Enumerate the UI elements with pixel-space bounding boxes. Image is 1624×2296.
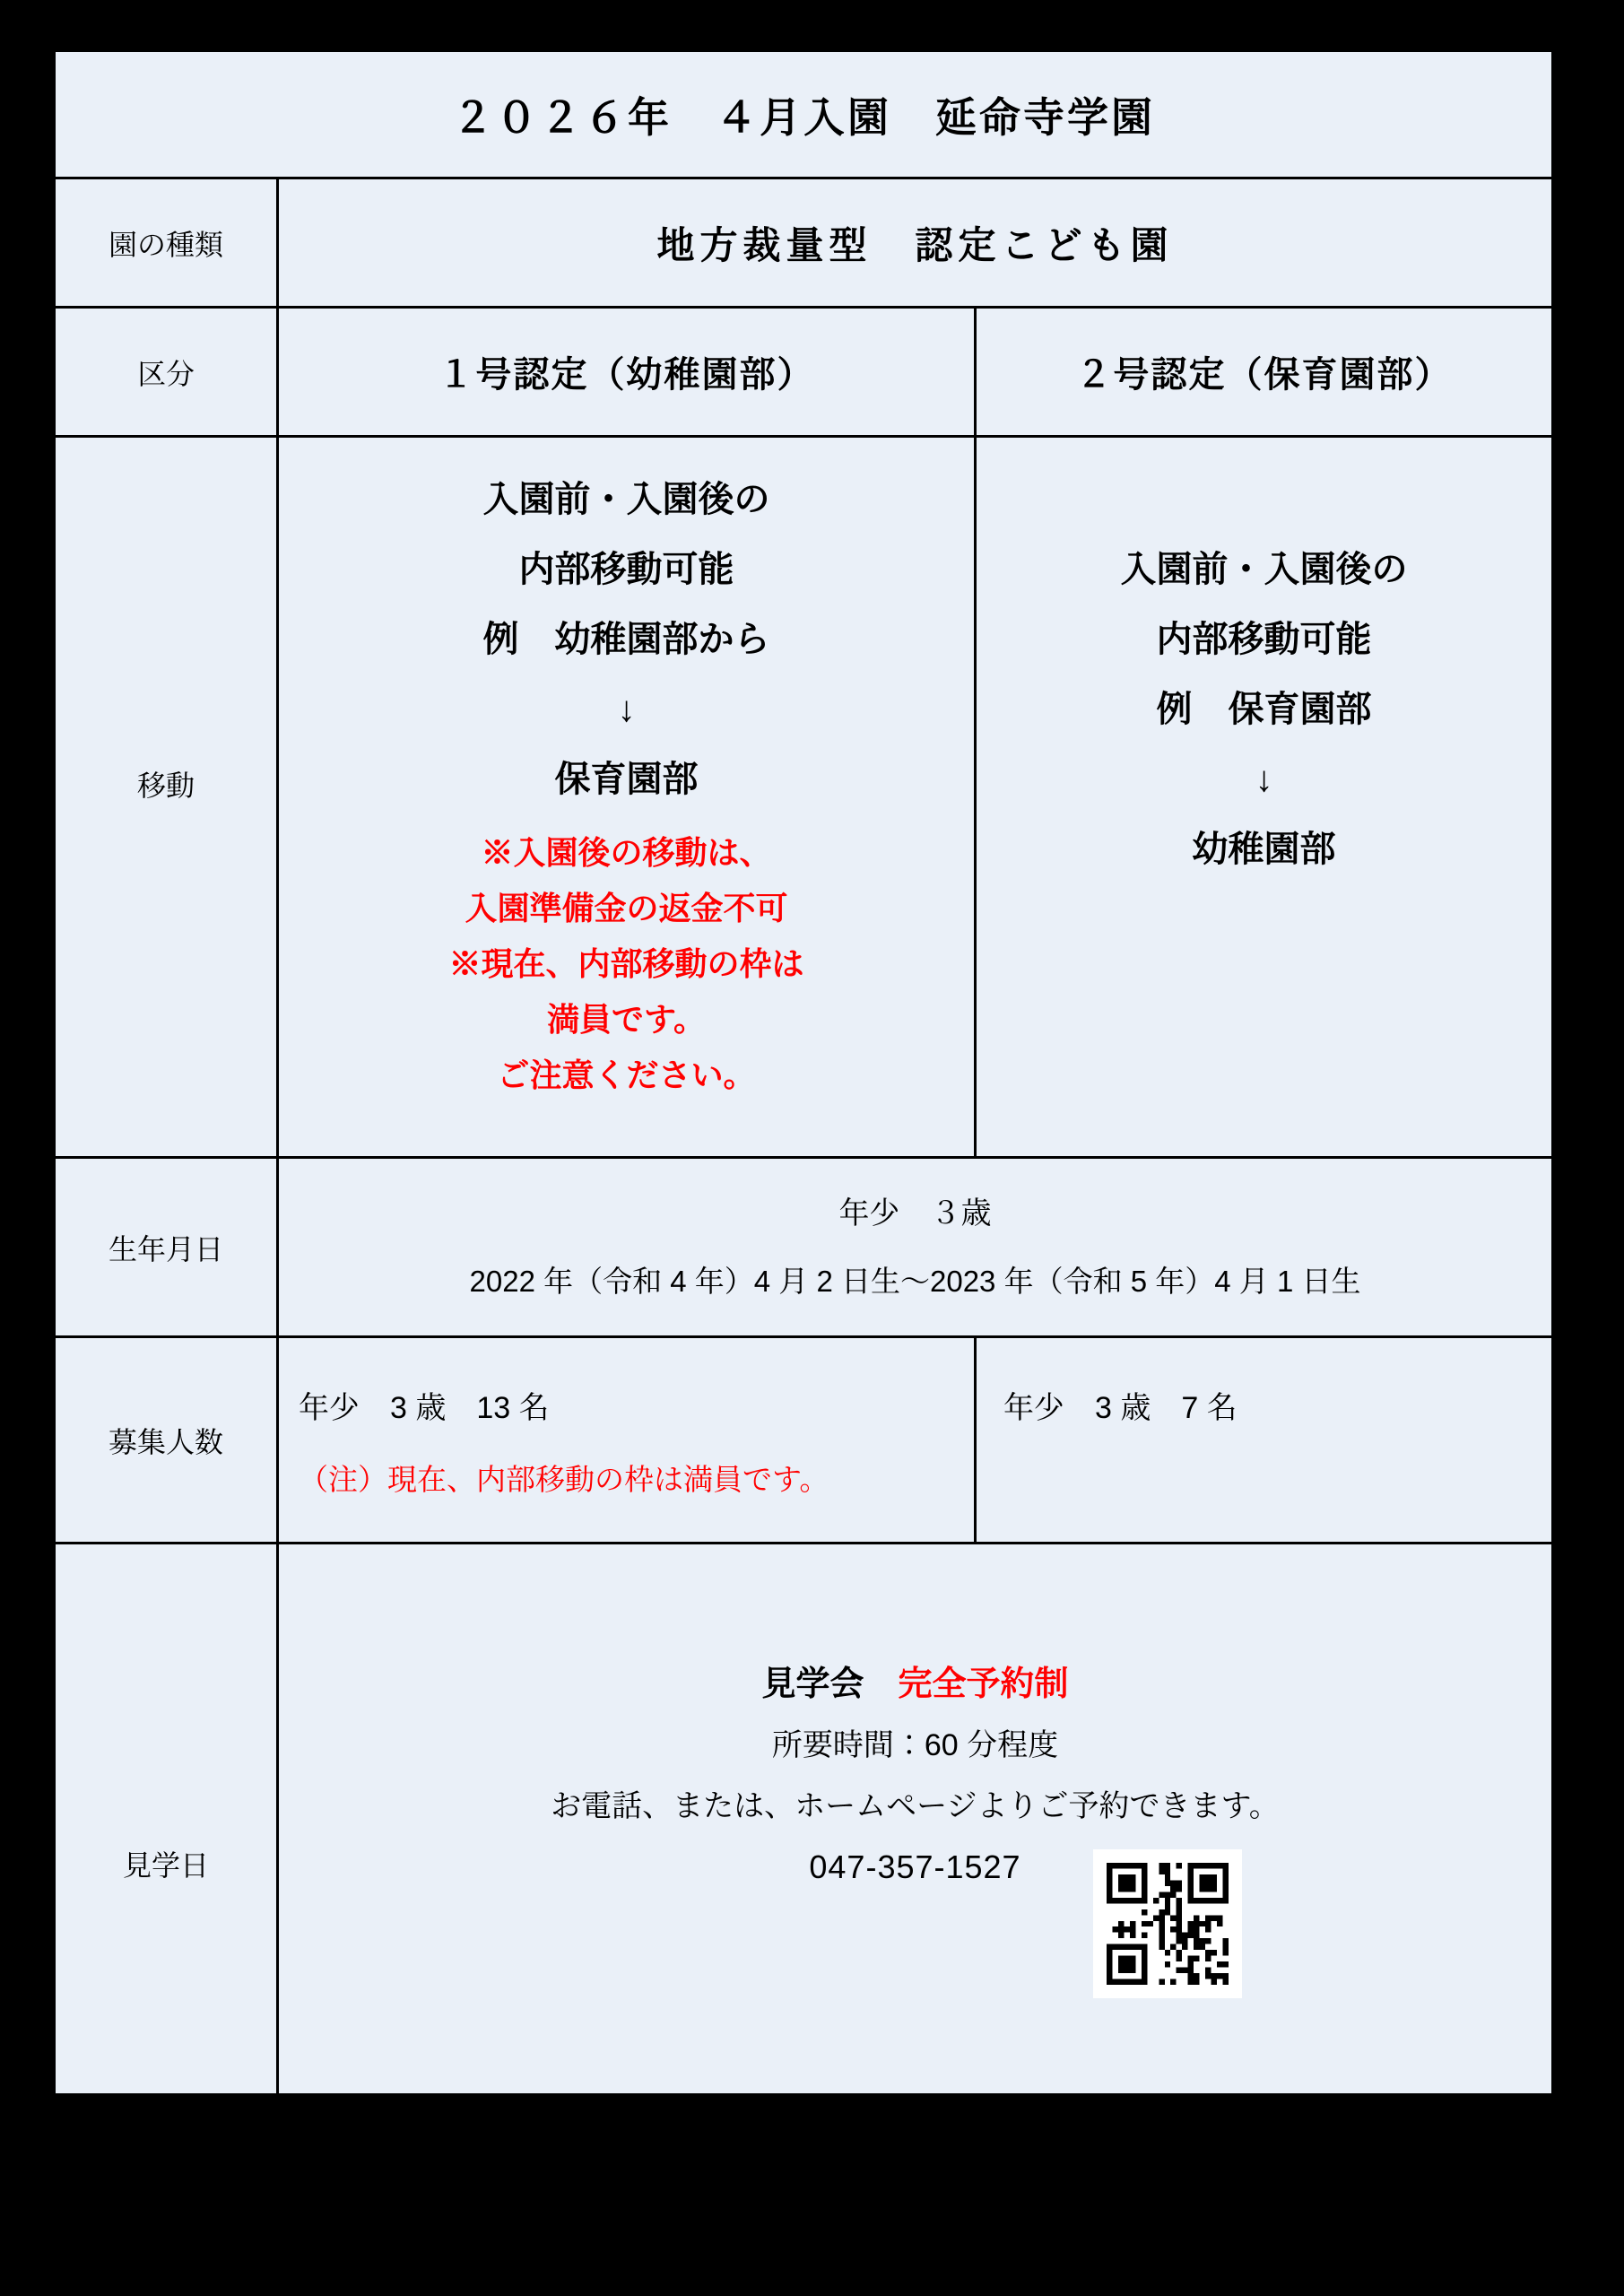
transfer-warning-line: ※現在、内部移動の枠は bbox=[448, 936, 803, 992]
transfer-line: 内部移動可能 bbox=[1157, 604, 1372, 674]
birthdate-age: 年少 ３歳 bbox=[839, 1179, 992, 1248]
row-label-visit: 見学日 bbox=[56, 1544, 276, 2093]
capacity-note: （注）現在、内部移動の枠は満員です。 bbox=[299, 1462, 829, 1498]
visit-howto: お電話、または、ホームページよりご予約できます。 bbox=[551, 1776, 1280, 1837]
visit-session-label: 見学会 bbox=[761, 1665, 898, 1703]
row-label-birthdate: 生年月日 bbox=[56, 1159, 276, 1335]
category-no1: １号認定（幼稚園部） bbox=[279, 309, 974, 435]
transfer-line: 保育園部 bbox=[555, 744, 699, 814]
page-title: ２０２６年 ４月入園 延命寺学園 bbox=[56, 52, 1551, 177]
transfer-warning-line: 満員です。 bbox=[547, 992, 706, 1048]
capacity-cell-no2: 年少 3 歳 7 名 bbox=[977, 1338, 1551, 1542]
capacity-count: 年少 3 歳 7 名 bbox=[1003, 1390, 1238, 1426]
transfer-line: 入園前・入園後の bbox=[483, 465, 770, 535]
transfer-warning-line: 入園準備金の返金不可 bbox=[465, 881, 787, 936]
transfer-warning-line: ご注意ください。 bbox=[497, 1048, 755, 1103]
birthdate-range: 2022 年（令和 4 年）4 月 2 日生～2023 年（令和 5 年）4 月… bbox=[470, 1248, 1361, 1316]
visit-duration: 所要時間：60 分程度 bbox=[772, 1715, 1058, 1776]
transfer-warning-line: ※入園後の移動は、 bbox=[481, 825, 771, 881]
qr-code-svg bbox=[1107, 1863, 1229, 1985]
visit-reservation-required: 完全予約制 bbox=[899, 1665, 1069, 1703]
birthdate-cell: 年少 ３歳 2022 年（令和 4 年）4 月 2 日生～2023 年（令和 5… bbox=[279, 1159, 1551, 1335]
transfer-cell-no1: 入園前・入園後の 内部移動可能 例 幼稚園部から ↓ 保育園部 ※入園後の移動は… bbox=[279, 438, 974, 1156]
row-label-category: 区分 bbox=[56, 309, 276, 435]
transfer-line: 例 幼稚園部から bbox=[483, 604, 770, 674]
row-label-transfer: 移動 bbox=[56, 438, 276, 1156]
qr-code bbox=[1093, 1849, 1242, 1998]
transfer-line: 幼稚園部 bbox=[1193, 814, 1336, 884]
page: { "colors":{"page_bg":"#000000","cell_bg… bbox=[0, 0, 1624, 2296]
transfer-line: 内部移動可能 bbox=[519, 535, 734, 604]
capacity-count: 年少 3 歳 13 名 bbox=[299, 1390, 550, 1426]
visit-cell: 見学会 完全予約制 所要時間：60 分程度 お電話、または、ホームページよりご予… bbox=[279, 1544, 1551, 2093]
row-label-garden-type: 園の種類 bbox=[56, 179, 276, 306]
transfer-line: 例 保育園部 bbox=[1157, 674, 1372, 744]
garden-type-value: 地方裁量型 認定こども園 bbox=[279, 179, 1551, 306]
row-label-capacity: 募集人数 bbox=[56, 1338, 276, 1542]
down-arrow-icon: ↓ bbox=[1255, 744, 1273, 814]
capacity-cell-no1: 年少 3 歳 13 名 （注）現在、内部移動の枠は満員です。 bbox=[279, 1338, 974, 1542]
admission-table: ２０２６年 ４月入園 延命寺学園 園の種類 地方裁量型 認定こども園 区分 １号… bbox=[56, 52, 1551, 2093]
visit-session: 見学会 完全予約制 bbox=[761, 1654, 1068, 1715]
visit-phone: 047-357-1527 bbox=[809, 1837, 1020, 1898]
transfer-line: 入園前・入園後の bbox=[1121, 535, 1408, 604]
transfer-cell-no2: 入園前・入園後の 内部移動可能 例 保育園部 ↓ 幼稚園部 bbox=[977, 438, 1551, 1156]
down-arrow-icon: ↓ bbox=[618, 674, 636, 744]
category-no2: ２号認定（保育園部） bbox=[977, 309, 1551, 435]
